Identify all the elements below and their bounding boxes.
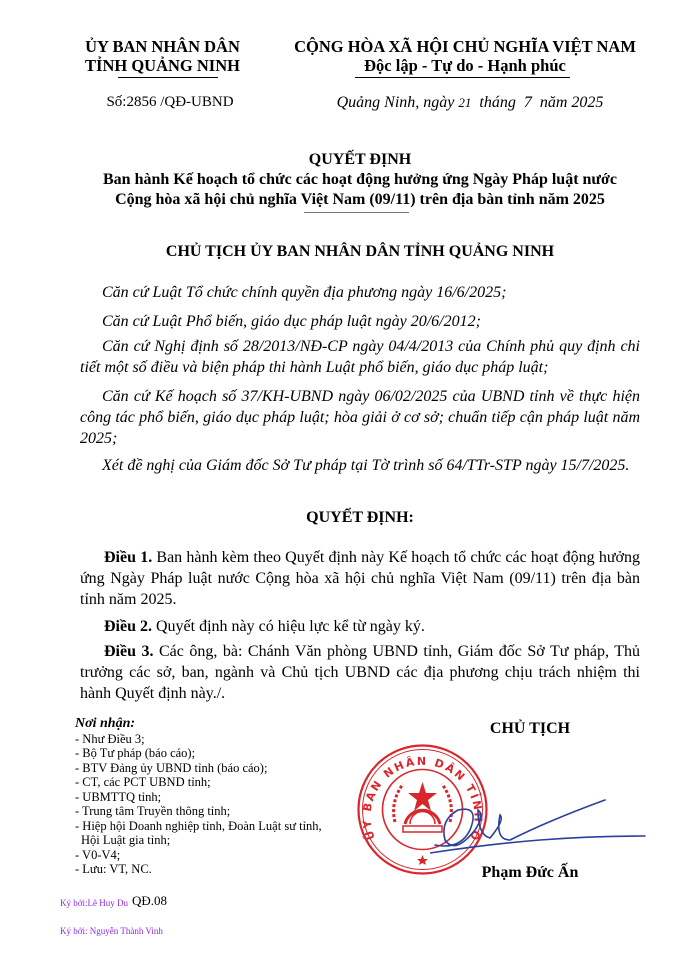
basis-5-text: Xét đề nghị của Giám đốc Sở Tư pháp tại …	[102, 457, 629, 474]
article-3-label: Điều 3.	[104, 643, 154, 660]
recipient-item: - Như Điều 3;	[75, 732, 365, 747]
motto-underline	[355, 77, 570, 78]
basis-4-text: Căn cứ Kế hoạch số 37/KH-UBND ngày 06/02…	[80, 388, 640, 447]
basis-2: Căn cứ Luật Phổ biến, giáo dục pháp luật…	[80, 311, 640, 332]
recipient-item: - V0-V4;	[75, 848, 365, 863]
digital-signature-1: Ký bởi:Lê Huy Du	[60, 898, 128, 908]
form-code: QĐ.08	[132, 893, 167, 909]
issuer-line-2-pre: TỈNH	[85, 56, 131, 75]
recipient-item: - Bộ Tư pháp (báo cáo);	[75, 746, 365, 761]
article-1: Điều 1. Ban hành kèm theo Quyết định này…	[80, 547, 640, 610]
nation-block: CỘNG HÒA XÃ HỘI CHỦ NGHĨA VIỆT NAM Độc l…	[270, 37, 660, 75]
issuer-line-2-main: QUẢNG	[131, 56, 192, 75]
recipient-item: - BTV Đảng ủy UBND tỉnh (báo cáo);	[75, 761, 365, 776]
title-line-1: Ban hành Kế hoạch tổ chức các hoạt động …	[60, 170, 660, 190]
issuer-line-2-post: NINH	[193, 56, 240, 75]
article-2: Điều 2. Quyết định này có hiệu lực kể từ…	[80, 616, 640, 637]
recipient-item: Hội Luật gia tỉnh;	[75, 833, 365, 848]
basis-3-text: Căn cứ Nghị định số 28/2013/NĐ-CP ngày 0…	[80, 338, 640, 376]
article-3-text: Các ông, bà: Chánh Văn phòng UBND tỉnh, …	[80, 643, 640, 702]
issuer-line-1: ỦY BAN NHÂN DÂN	[60, 37, 265, 56]
date-day: 21	[458, 95, 471, 110]
recipient-item: - CT, các PCT UBND tỉnh;	[75, 775, 365, 790]
recipient-item: - UBMTTQ tỉnh;	[75, 790, 365, 805]
recipient-item: - Lưu: VT, NC.	[75, 862, 365, 877]
article-3: Điều 3. Các ông, bà: Chánh Văn phòng UBN…	[80, 641, 640, 704]
issuer-block: ỦY BAN NHÂN DÂN TỈNH QUẢNG NINH	[60, 37, 265, 75]
title-heading: QUYẾT ĐỊNH	[60, 150, 660, 170]
date-month-year: tháng 7 năm 2025	[471, 94, 603, 111]
nation-name: CỘNG HÒA XÃ HỘI CHỦ NGHĨA VIỆT NAM	[270, 37, 660, 56]
basis-4: Căn cứ Kế hoạch số 37/KH-UBND ngày 06/02…	[80, 386, 640, 449]
document-title: QUYẾT ĐỊNH Ban hành Kế hoạch tổ chức các…	[60, 150, 660, 210]
title-underline	[304, 212, 409, 213]
issuer-underline	[118, 77, 218, 78]
basis-2-text: Căn cứ Luật Phổ biến, giáo dục pháp luật…	[102, 313, 481, 330]
recipients-block: Nơi nhận: - Như Điều 3; - Bộ Tư pháp (bá…	[75, 717, 365, 877]
basis-5: Xét đề nghị của Giám đốc Sở Tư pháp tại …	[80, 455, 640, 476]
issuer-line-2: TỈNH QUẢNG NINH	[60, 56, 265, 75]
basis-3: Căn cứ Nghị định số 28/2013/NĐ-CP ngày 0…	[80, 336, 640, 378]
place-date: Quảng Ninh, ngày 21 tháng 7 năm 2025	[280, 94, 660, 112]
handwritten-signature	[430, 780, 655, 865]
authority-heading: CHỦ TỊCH ỦY BAN NHÂN DÂN TỈNH QUẢNG NINH	[60, 243, 660, 261]
place-date-prefix: Quảng Ninh, ngày	[337, 94, 459, 111]
decision-heading: QUYẾT ĐỊNH:	[60, 509, 660, 527]
signer-title: CHỦ TỊCH	[450, 720, 610, 738]
article-1-label: Điều 1.	[104, 549, 152, 566]
nation-motto: Độc lập - Tự do - Hạnh phúc	[270, 56, 660, 75]
basis-1: Căn cứ Luật Tổ chức chính quyền địa phươ…	[80, 282, 640, 303]
recipient-item: - Hiệp hội Doanh nghiệp tỉnh, Đoàn Luật …	[75, 819, 365, 834]
digital-signature-2: Ký bởi: Nguyễn Thành Vinh	[60, 926, 163, 936]
document-number: Số:2856 /QĐ-UBND	[70, 94, 270, 111]
signer-name: Phạm Đức Ấn	[440, 864, 620, 882]
title-line-2: Cộng hòa xã hội chủ nghĩa Việt Nam (09/1…	[60, 190, 660, 210]
article-1-text: Ban hành kèm theo Quyết định này Kế hoạc…	[80, 549, 640, 608]
article-2-text: Quyết định này có hiệu lực kể từ ngày ký…	[152, 618, 425, 635]
recipient-item: - Trung tâm Truyền thông tỉnh;	[75, 804, 365, 819]
article-2-label: Điều 2.	[104, 618, 152, 635]
basis-1-text: Căn cứ Luật Tổ chức chính quyền địa phươ…	[102, 284, 506, 301]
recipients-heading: Nơi nhận:	[75, 717, 365, 732]
